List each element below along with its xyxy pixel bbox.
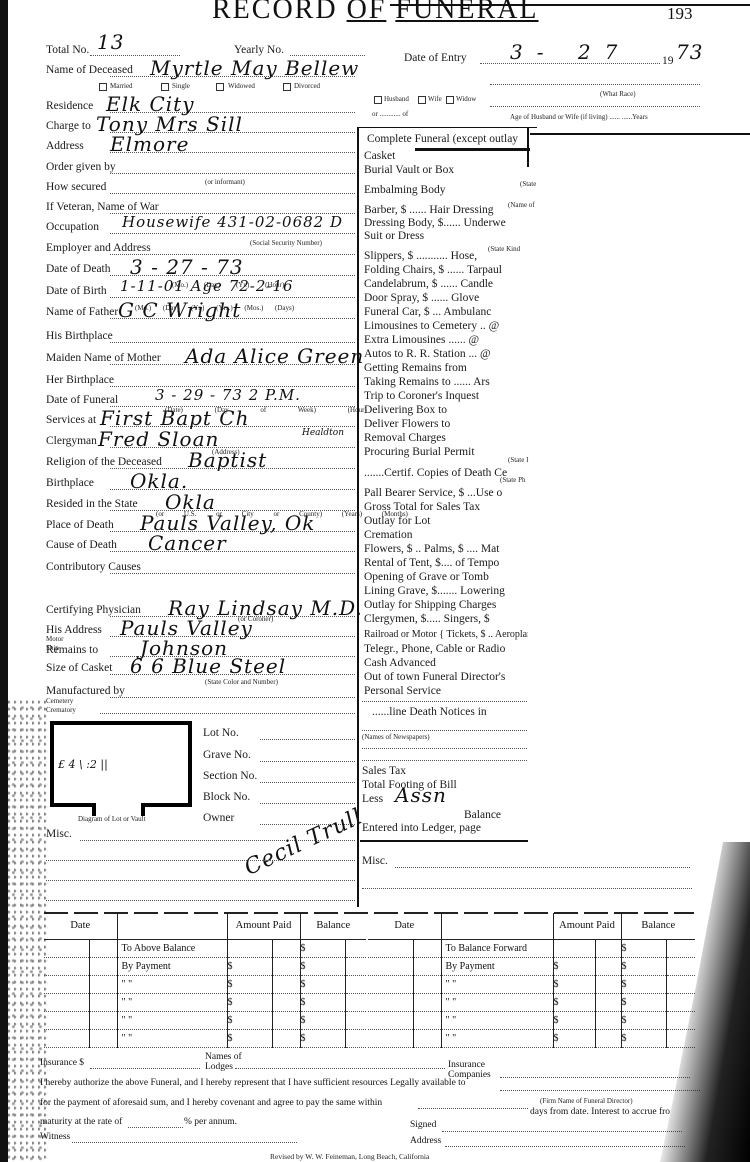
ledger-row[interactable]: By Payment$$ bbox=[368, 957, 695, 975]
witness-label[interactable]: Witness bbox=[40, 1132, 70, 1142]
year-prefix: 19 bbox=[662, 55, 674, 67]
amount-paid-cell[interactable]: $ bbox=[227, 975, 272, 993]
charge-item[interactable]: Telegr., Phone, Cable or Radio bbox=[364, 643, 528, 655]
field-value[interactable]: 3 - 29 - 73 2 P.M. bbox=[155, 386, 301, 404]
ledger-description: To Above Balance bbox=[117, 939, 227, 957]
field-label: Place of Death bbox=[46, 519, 114, 531]
scan-edge-left bbox=[0, 0, 8, 1162]
field-value[interactable]: 3 - 27 - 73 bbox=[130, 255, 244, 279]
ledger-header: Balance bbox=[300, 913, 366, 939]
charge-item[interactable]: Procuring Burial Permit bbox=[364, 446, 528, 458]
payment-ledger-left: DateAmount PaidBalanceTo Above Balance$B… bbox=[44, 913, 366, 1048]
date-of-entry-value: 3- 27 bbox=[510, 40, 631, 64]
charge-item[interactable]: Delivering Box to bbox=[364, 404, 528, 416]
charge-item[interactable]: Funeral Car, $ ... Ambulanc bbox=[364, 306, 528, 318]
field-label: Address bbox=[46, 140, 84, 152]
field-label: Date of Funeral bbox=[46, 394, 118, 406]
diagram-caption: Diagram of Lot or Vault bbox=[78, 815, 146, 823]
ledger-description: By Payment bbox=[441, 957, 553, 975]
total-no-value: 13 bbox=[97, 30, 124, 54]
charge-item[interactable]: Extra Limousines ...... @ bbox=[364, 334, 528, 346]
field-label: Size of Casket bbox=[46, 662, 112, 674]
charges-divider bbox=[357, 127, 359, 907]
amount-paid-cell[interactable]: $ bbox=[553, 975, 595, 993]
note-state: (State bbox=[520, 180, 536, 188]
amount-paid-cell[interactable]: $ bbox=[227, 993, 272, 1011]
charge-item[interactable]: Autos to R. R. Station ... @ bbox=[364, 348, 528, 360]
balance-cell[interactable]: $ bbox=[300, 1029, 345, 1047]
field-value[interactable]: Ada Alice Green bbox=[185, 344, 364, 368]
charge-item[interactable]: Door Spray, $ ...... Glove bbox=[364, 292, 528, 304]
funeral-record-page: RECORD OF FUNERAL 193 Total No. 13 Yearl… bbox=[0, 0, 750, 1162]
ledger-description: " " bbox=[441, 1029, 553, 1047]
note-name: (Name of bbox=[508, 201, 535, 209]
ledger-description: " " bbox=[441, 975, 553, 993]
page-number: 193 bbox=[667, 4, 693, 24]
balance-cell[interactable]: $ bbox=[621, 939, 666, 957]
charge-item[interactable]: Embalming Body bbox=[364, 184, 528, 196]
charge-item[interactable]: Limousines to Cemetery .. @ bbox=[364, 320, 528, 332]
ssn-caption: (Social Security Number) bbox=[250, 239, 322, 247]
ledger-row[interactable]: To Balance Forward$ bbox=[368, 939, 695, 957]
charge-item[interactable]: Taking Remains to ...... Ars bbox=[364, 376, 528, 388]
lot-field-label: Section No. bbox=[203, 770, 257, 782]
charge-item[interactable]: Flowers, $ .. Palms, $ .... Mat bbox=[364, 543, 528, 555]
field-label: Name of Father bbox=[46, 306, 118, 318]
ledger-description: " " bbox=[441, 993, 553, 1011]
date-of-entry-year: 73 bbox=[676, 40, 703, 64]
ledger-row[interactable]: " "$$ bbox=[44, 975, 366, 993]
lodges-label: Names ofLodges bbox=[205, 1052, 242, 1072]
charge-item[interactable]: Personal Service bbox=[364, 685, 528, 697]
complete-funeral-header: Complete Funeral (except outlay bbox=[367, 133, 518, 145]
charge-item[interactable]: Lining Grave, $....... Lowering bbox=[364, 585, 528, 597]
authorize-text: I hereby authorize the above Funeral, an… bbox=[40, 1078, 466, 1088]
ledger-description: " " bbox=[117, 1011, 227, 1029]
charge-item[interactable]: Burial Vault or Box bbox=[364, 164, 528, 176]
field-label: His Birthplace bbox=[46, 330, 113, 342]
field-label: Date of Birth bbox=[46, 285, 107, 297]
amount-paid-cell[interactable]: $ bbox=[553, 957, 595, 975]
ledger-description: By Payment bbox=[117, 957, 227, 975]
field-label: Religion of the Deceased bbox=[46, 456, 162, 468]
field-label: Occupation bbox=[46, 221, 99, 233]
widow-checkbox[interactable] bbox=[446, 96, 454, 104]
ledger-row[interactable]: By Payment$$ bbox=[44, 957, 366, 975]
field-value[interactable]: Housewife 431-02-0682 D bbox=[122, 213, 343, 231]
ledger-header bbox=[441, 913, 553, 939]
payment-ledger-right: DateAmount PaidBalanceTo Balance Forward… bbox=[368, 913, 695, 1048]
husband-caption: Husband bbox=[384, 95, 409, 103]
lot-field-label: Owner bbox=[203, 812, 234, 824]
husband-checkbox[interactable] bbox=[374, 96, 382, 104]
balance-cell[interactable]: $ bbox=[621, 1029, 666, 1047]
charge-item[interactable]: Deliver Flowers to bbox=[364, 418, 528, 430]
balance-cell[interactable]: $ bbox=[300, 1011, 345, 1029]
single-caption: Single bbox=[172, 82, 190, 90]
charge-item[interactable]: Barber, $ ...... Hair Dressing bbox=[364, 204, 528, 216]
note-state-ph: (State Ph bbox=[500, 476, 525, 484]
field-label: Employer and Address bbox=[46, 242, 151, 254]
coroner-caption: (or Coroner) bbox=[238, 615, 273, 623]
date-of-entry-label: Date of Entry bbox=[404, 52, 467, 64]
informant-caption: (or informant) bbox=[205, 178, 245, 186]
field-value[interactable]: Myrtle May Bellew bbox=[150, 56, 359, 80]
amount-paid-cell[interactable] bbox=[227, 939, 272, 957]
charge-item[interactable]: Out of town Funeral Director's bbox=[364, 671, 528, 683]
field-label: How secured bbox=[46, 181, 106, 193]
field-label: If Veteran, Name of War bbox=[46, 201, 159, 213]
cemetery-caption: CemeteryCrematory bbox=[46, 697, 76, 715]
charge-item[interactable]: Pall Bearer Service, $ ...Use o bbox=[364, 487, 528, 499]
balance-cell[interactable]: $ bbox=[300, 957, 345, 975]
charge-item[interactable]: Rental of Tent, $.... of Tempo bbox=[364, 557, 528, 569]
single-checkbox[interactable] bbox=[161, 83, 169, 91]
field-label: Manufactured by bbox=[46, 685, 125, 697]
field-label: Her Birthplace bbox=[46, 374, 114, 386]
insurance-label: Insurance $ bbox=[40, 1058, 84, 1068]
ledger-header bbox=[117, 913, 227, 939]
charge-item[interactable]: Railroad or Motor { Tickets, $ .. Aeropl… bbox=[364, 629, 528, 640]
charge-item[interactable]: Outlay for Lot bbox=[364, 515, 528, 527]
clergy-address-caption: (Address) bbox=[212, 448, 240, 456]
balance-cell[interactable]: $ bbox=[300, 939, 345, 957]
casket-caption: (State Color and Number) bbox=[205, 678, 278, 686]
wife-checkbox[interactable] bbox=[418, 96, 426, 104]
ledger-row[interactable]: " "$$ bbox=[368, 993, 695, 1011]
charge-item[interactable]: Candelabrum, $ ...... Candle bbox=[364, 278, 528, 290]
married-caption: Married bbox=[110, 82, 133, 90]
charge-item[interactable]: Trip to Coroner's Inquest bbox=[364, 390, 528, 402]
field-value[interactable]: 6 6 Blue Steel bbox=[130, 654, 286, 678]
amount-paid-cell[interactable]: $ bbox=[227, 1029, 272, 1047]
scan-speckle bbox=[8, 700, 48, 1162]
ledger-row[interactable]: " "$$ bbox=[368, 1029, 695, 1047]
field-label: Charge to bbox=[46, 120, 91, 132]
field-value[interactable]: Cancer bbox=[148, 531, 227, 555]
field-label: Clergyman bbox=[46, 435, 97, 447]
balance-cell[interactable]: $ bbox=[621, 957, 666, 975]
lot-field-label: Lot No. bbox=[203, 727, 239, 739]
ledger-row[interactable]: To Above Balance$ bbox=[44, 939, 366, 957]
field-label: Cause of Death bbox=[46, 539, 117, 551]
charge-item[interactable]: Clergymen, $..... Singers, $ bbox=[364, 613, 528, 625]
charge-item[interactable]: Folding Chairs, $ ...... Tarpaul bbox=[364, 264, 528, 276]
misc-label-left: Misc. bbox=[46, 828, 72, 840]
field-label: Certifying Physician bbox=[46, 604, 141, 616]
field-label: Order given by bbox=[46, 161, 116, 173]
sales-tax-label: Sales Tax bbox=[362, 765, 406, 777]
charge-item[interactable]: Outlay for Shipping Charges bbox=[364, 599, 528, 611]
charge-item[interactable]: Opening of Grave or Tomb bbox=[364, 571, 528, 583]
note-state-2: (State I bbox=[508, 456, 528, 464]
ledger-header: Amount Paid bbox=[553, 913, 621, 939]
note-state-kind: (State Kind bbox=[488, 245, 520, 253]
balance-cell[interactable]: $ bbox=[621, 1011, 666, 1029]
field-label: Resided in the State bbox=[46, 498, 138, 510]
clergy-town: Healdton bbox=[302, 428, 344, 438]
widowed-checkbox[interactable] bbox=[216, 83, 224, 91]
ledger-row[interactable]: " "$$ bbox=[44, 993, 366, 1011]
or-of-caption: or ............ of bbox=[372, 110, 408, 118]
charge-item[interactable]: Gross Total for Sales Tax bbox=[364, 501, 528, 513]
amount-paid-cell[interactable]: $ bbox=[553, 1029, 595, 1047]
field-label: Name of Deceased bbox=[46, 64, 133, 76]
wife-caption: Wife bbox=[428, 95, 442, 103]
funeral-units-caption: (Date) (Day of Week) (Hour) bbox=[165, 406, 367, 414]
revised-by-caption: Revised by W. W. Feineman, Long Beach, C… bbox=[270, 1152, 429, 1161]
ledger-page-label: Entered into Ledger, page bbox=[362, 822, 481, 834]
less-label: Less bbox=[362, 793, 383, 805]
divorced-checkbox[interactable] bbox=[283, 83, 291, 91]
field-label: Maiden Name of Mother bbox=[46, 352, 161, 364]
field-label: Date of Death bbox=[46, 263, 111, 275]
charge-item[interactable]: Cash Advanced bbox=[364, 657, 528, 669]
ledger-header: Balance bbox=[621, 913, 695, 939]
days-from-text: days from date. Interest to accrue fro bbox=[530, 1107, 670, 1117]
motor-ship-caption: MotorShip bbox=[46, 635, 64, 653]
ledger-row[interactable]: " "$$ bbox=[44, 1029, 366, 1047]
charge-item[interactable]: Cremation bbox=[364, 529, 528, 541]
ledger-header: Date bbox=[368, 913, 441, 939]
balance-label: Balance bbox=[464, 809, 501, 821]
death-notices-label: ......line Death Notices in bbox=[372, 706, 487, 718]
address-label[interactable]: Address bbox=[410, 1136, 441, 1146]
handwritten-signature: Cecil Trull bbox=[241, 804, 367, 881]
amount-paid-cell[interactable]: $ bbox=[227, 1011, 272, 1029]
diagram-marks: £ 4 \ :2 || bbox=[58, 758, 108, 771]
signed-label[interactable]: Signed bbox=[410, 1120, 436, 1130]
what-race-caption: (What Race) bbox=[600, 90, 636, 98]
age-spouse-caption: Age of Husband or Wife (if living) .....… bbox=[510, 113, 648, 121]
widowed-caption: Widowed bbox=[228, 82, 255, 90]
ledger-description: " " bbox=[117, 993, 227, 1011]
ledger-description: To Balance Forward bbox=[441, 939, 553, 957]
field-label: Contributory Causes bbox=[46, 561, 141, 573]
death-units-caption: (Mo.) (Day) (Yr.) (Hour) bbox=[172, 281, 284, 289]
newspapers-caption: (Names of Newspapers) bbox=[362, 733, 430, 741]
lot-field-label: Block No. bbox=[203, 791, 250, 803]
per-annum-text: % per annum. bbox=[184, 1117, 237, 1127]
ledger-row[interactable]: " "$$ bbox=[44, 1011, 366, 1029]
ledger-header: Amount Paid bbox=[227, 913, 300, 939]
companies-label: InsuranceCompanies bbox=[448, 1060, 491, 1080]
ledger-description: " " bbox=[117, 975, 227, 993]
charge-item[interactable]: Getting Remains from bbox=[364, 362, 528, 374]
divorced-caption: Divorced bbox=[294, 82, 320, 90]
top-rule bbox=[390, 4, 750, 6]
charge-item[interactable]: Suit or Dress bbox=[364, 230, 528, 242]
firm-caption: (Firm Name of Funeral Director) bbox=[540, 1097, 633, 1105]
balance-cell[interactable]: $ bbox=[621, 993, 666, 1011]
amount-paid-cell[interactable] bbox=[553, 939, 595, 957]
balance-cell[interactable]: $ bbox=[300, 993, 345, 1011]
amount-paid-cell[interactable]: $ bbox=[227, 957, 272, 975]
ledger-row[interactable]: " "$$ bbox=[368, 975, 695, 993]
amount-paid-cell[interactable]: $ bbox=[553, 1011, 595, 1029]
balance-cell[interactable]: $ bbox=[621, 975, 666, 993]
married-checkbox[interactable] bbox=[99, 83, 107, 91]
balance-cell[interactable]: $ bbox=[300, 975, 345, 993]
ledger-description: " " bbox=[117, 1029, 227, 1047]
field-label: Residence bbox=[46, 100, 93, 112]
misc-label-right: Misc. bbox=[362, 855, 388, 867]
amount-paid-cell[interactable]: $ bbox=[553, 993, 595, 1011]
total-no-label: Total No. bbox=[46, 44, 89, 56]
field-value[interactable]: Elmore bbox=[110, 132, 189, 156]
ledger-row[interactable]: " "$$ bbox=[368, 1011, 695, 1029]
ledger-description: " " bbox=[441, 1011, 553, 1029]
lot-field-label: Grave No. bbox=[203, 749, 251, 761]
charge-item[interactable]: Removal Charges bbox=[364, 432, 528, 444]
less-value: Assn bbox=[395, 783, 447, 807]
payment-text: for the payment of aforesaid sum, and I … bbox=[40, 1098, 382, 1108]
maturity-text: maturity at the rate of bbox=[40, 1117, 122, 1127]
charge-item[interactable]: Dressing Body, $...... Underwe bbox=[364, 217, 528, 229]
yearly-no-label: Yearly No. bbox=[234, 44, 284, 56]
birth-units-caption: (Mo.) (Day) (Yr.) (Yrs.) (Mos.) (Days) bbox=[135, 304, 294, 312]
ledger-header: Date bbox=[44, 913, 117, 939]
charge-item[interactable]: Casket bbox=[364, 150, 528, 162]
field-label: Services at bbox=[46, 414, 96, 426]
widow-caption: Widow bbox=[456, 95, 476, 103]
field-label: Birthplace bbox=[46, 477, 94, 489]
